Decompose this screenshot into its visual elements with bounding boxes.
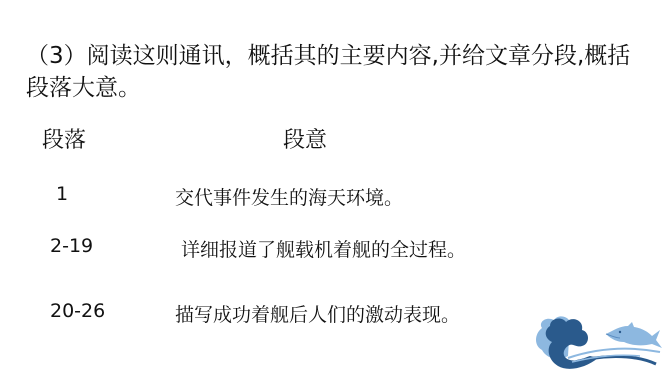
row-3-meaning: 描写成功着舰后人们的激动表现。 [175,300,460,327]
row-1-paragraph: 1 [56,183,68,205]
header-paragraph: 段落 [42,123,86,154]
row-2-paragraph: 2-19 [50,235,93,257]
question-text: （3）阅读这则通讯，概括其的主要内容,并给文章分段,概括段落大意。 [26,40,646,104]
wave-dolphin-logo-icon [528,312,668,376]
row-2-meaning: 详细报道了舰载机着舰的全过程。 [181,235,466,262]
row-1-meaning: 交代事件发生的海天环境。 [175,183,403,210]
row-3-paragraph: 20-26 [50,300,105,322]
header-meaning: 段意 [283,123,327,154]
